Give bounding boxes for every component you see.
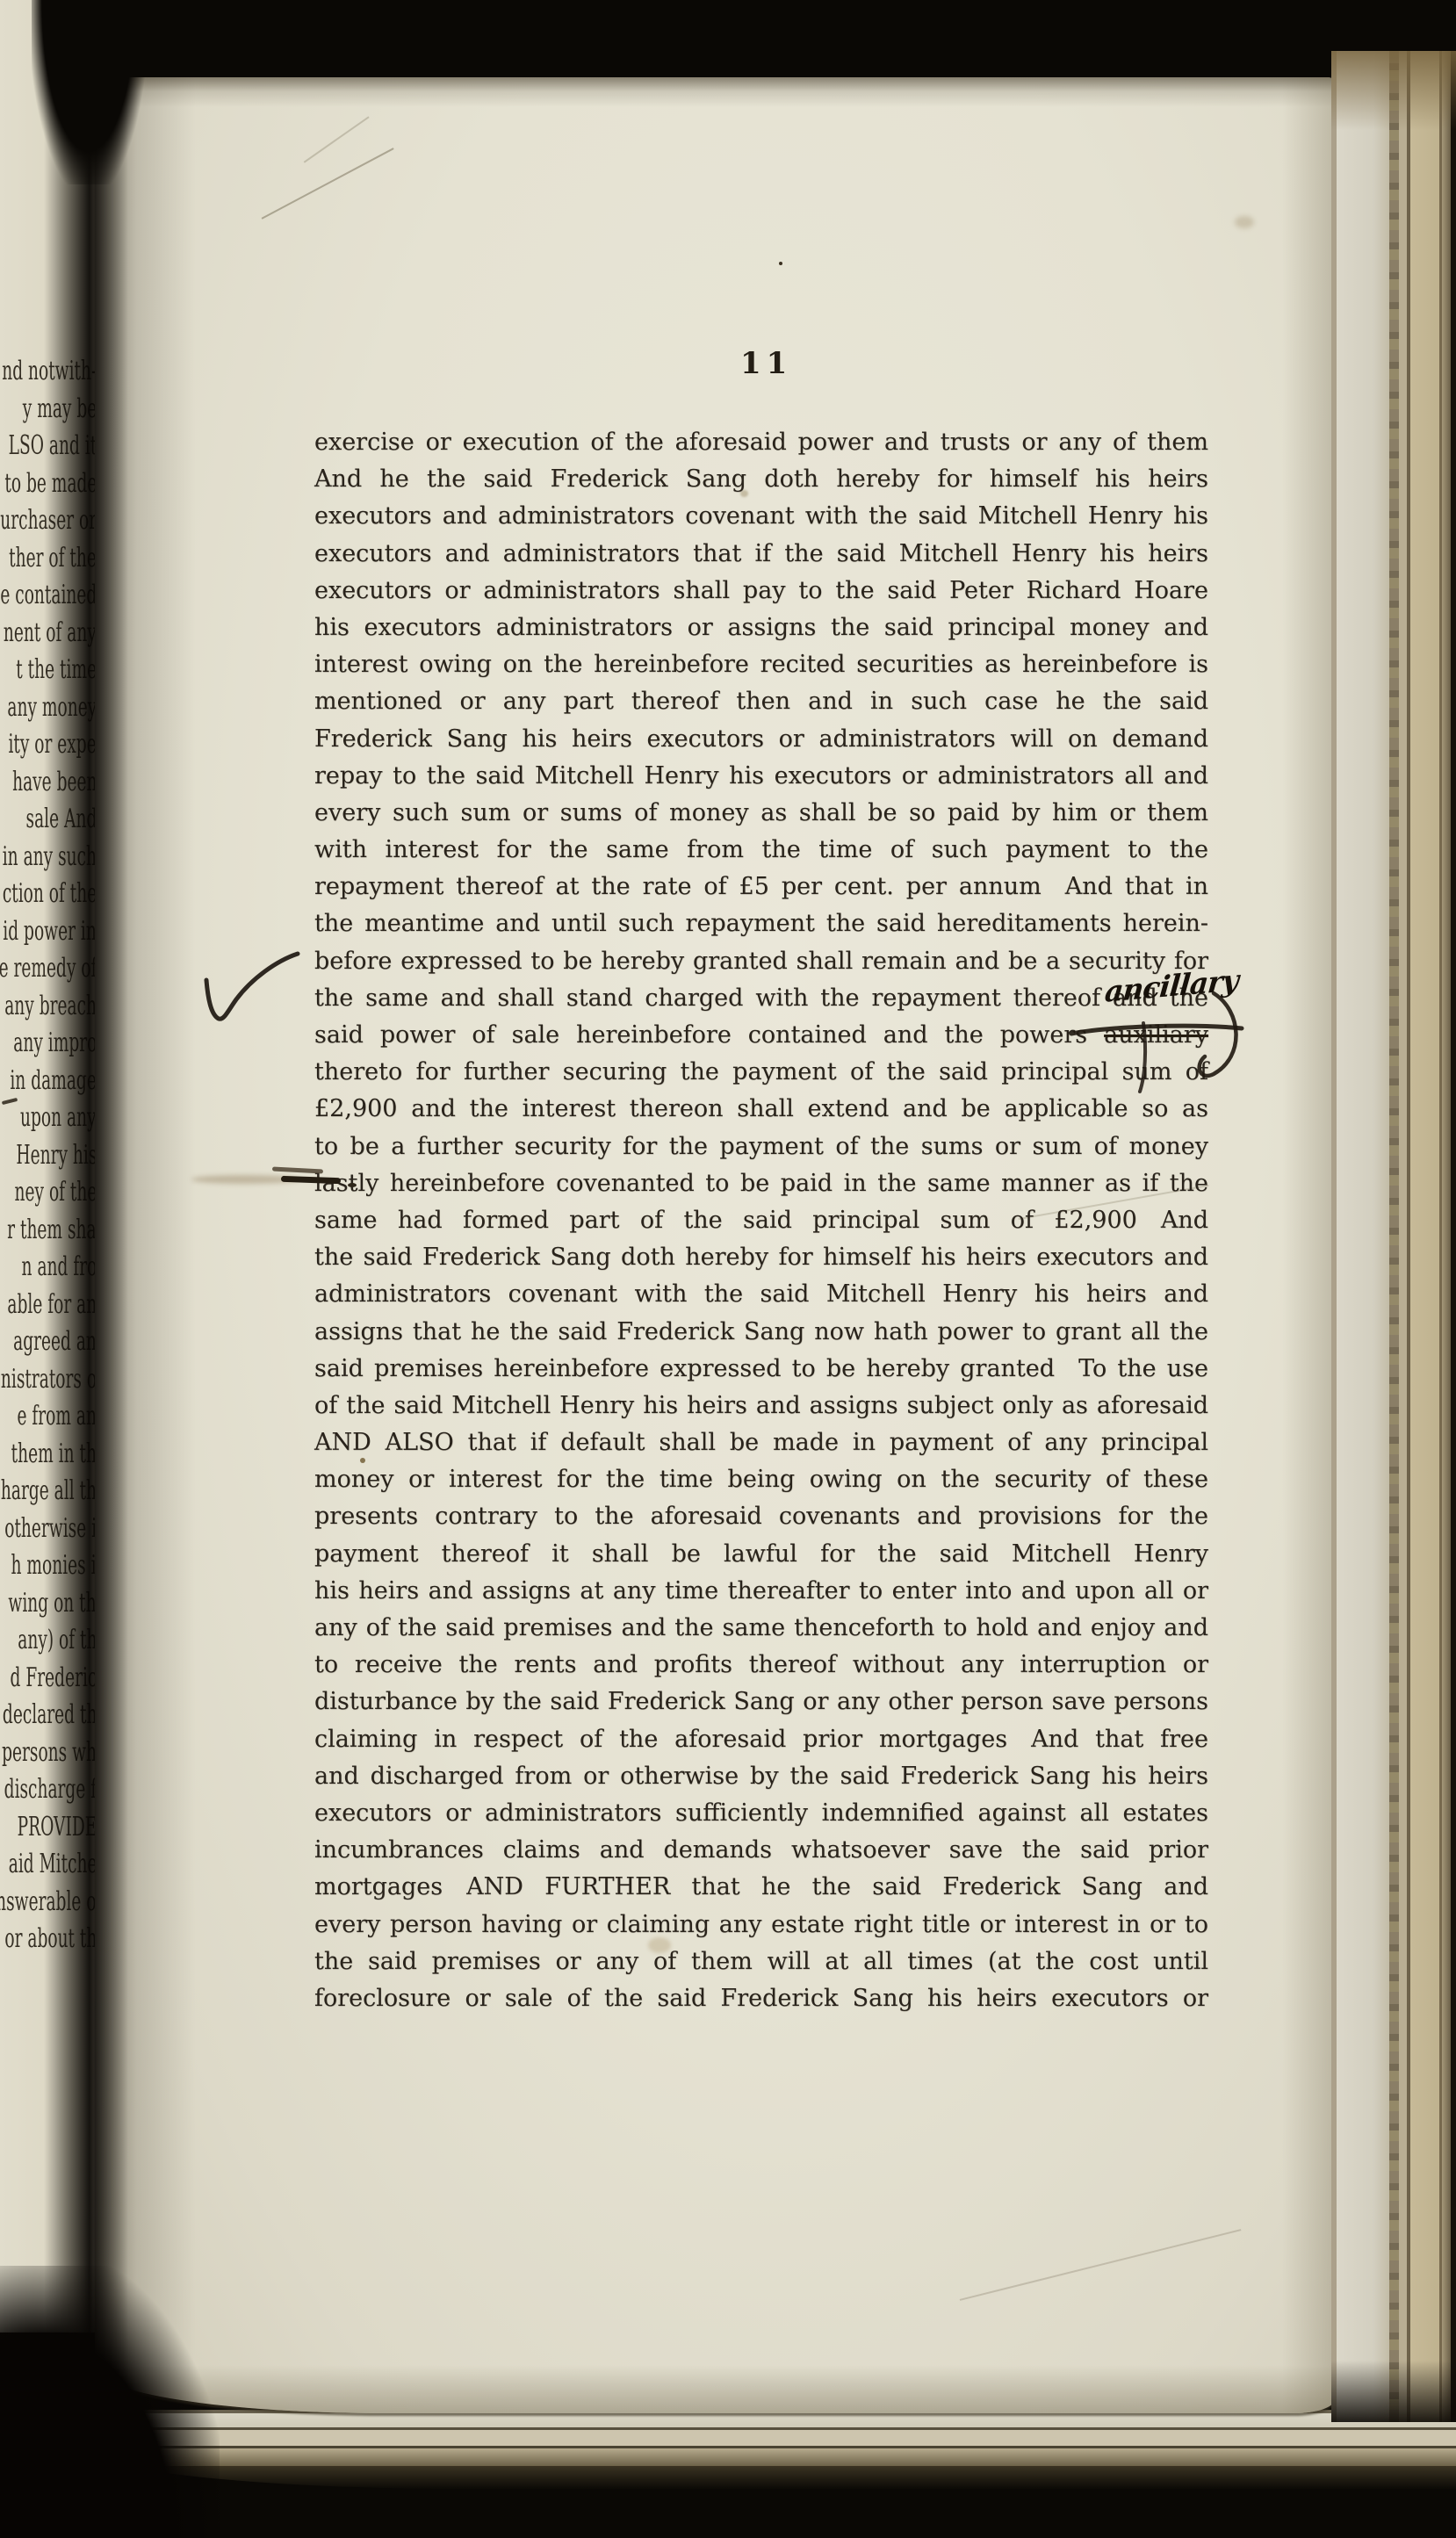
text-line: Frederick Sang his heirs executors or ad… — [314, 721, 1208, 758]
text-line: payment thereof it shall be lawful for t… — [314, 1536, 1208, 1573]
bottom-page-stack-edge — [84, 2410, 1456, 2489]
foxing-spot — [1235, 216, 1254, 228]
page-number: 11 — [740, 346, 792, 381]
previous-page-text-fragment: id power in — [3, 916, 97, 947]
previous-page-text-fragment: e remedy of — [0, 953, 97, 984]
pen-stroke-flourish — [1066, 988, 1251, 1104]
text-line: incumbrances claims and demands whatsoev… — [314, 1832, 1208, 1869]
text-line: administrators covenant with the said Mi… — [314, 1276, 1208, 1313]
text-line: with interest for the same from the time… — [314, 832, 1208, 869]
previous-page-text-fragment: them in th — [11, 1438, 97, 1469]
previous-page-text-fragment: LSO and it — [8, 430, 97, 461]
previous-page-text-fragment: in any such — [3, 841, 97, 872]
text-line: repayment thereof at the rate of £5 per … — [314, 869, 1208, 905]
previous-page-text-fragment: ney of the — [14, 1177, 97, 1208]
text-line: any of the said premises and the same th… — [314, 1610, 1208, 1647]
previous-page-text-fragment: aid Mitche — [8, 1849, 97, 1879]
text-line: his executors administrators or assigns … — [314, 609, 1208, 646]
previous-page-text-fragment: any money — [7, 692, 97, 723]
text-line: every person having or claiming any esta… — [314, 1907, 1208, 1943]
previous-page-text-fragment: urchaser or — [0, 505, 97, 536]
smudge-dash — [281, 1176, 341, 1184]
smudge-dash — [272, 1166, 323, 1173]
text-line: the said Frederick Sang doth hereby for … — [314, 1239, 1208, 1276]
page-edge-band — [84, 2430, 1456, 2446]
text-line: presents contrary to the aforesaid coven… — [314, 1498, 1208, 1535]
previous-page-text-fragment: any impro — [13, 1027, 97, 1058]
text-line: And he the said Frederick Sang doth here… — [314, 461, 1208, 498]
previous-page-text-fragment: wing on th — [9, 1588, 97, 1619]
text-line: his heirs and assigns at any time therea… — [314, 1573, 1208, 1610]
previous-page-text-fragment: harge all th — [1, 1475, 97, 1506]
margin-ink-smudge — [191, 1168, 367, 1194]
text-line: exercise or execution of the aforesaid p… — [314, 424, 1208, 461]
previous-page-text-fragment: have been — [12, 767, 97, 797]
text-line: money or interest for the time being owi… — [314, 1461, 1208, 1498]
text-line: AND ALSO that if default shall be made i… — [314, 1424, 1208, 1461]
prev-page-tick-mark — [2, 1098, 18, 1105]
previous-page-text-fragment: persons wh — [2, 1737, 97, 1768]
text-line: the meantime and until such repayment th… — [314, 905, 1208, 942]
previous-page-text-fragment: PROVIDE — [17, 1812, 97, 1842]
previous-page-text-fragment: nistrators o — [1, 1364, 97, 1395]
text-line: mortgages AND FURTHER that he the said F… — [314, 1869, 1208, 1906]
text-line: assigns that he the said Frederick Sang … — [314, 1314, 1208, 1351]
scanned-book-photo: nd notwith-y may beLSO and itto be madeu… — [0, 0, 1456, 2538]
previous-page-text-fragment: able for an — [7, 1289, 97, 1320]
text-line: interest owing on the hereinbefore recit… — [314, 646, 1208, 683]
text-line: mentioned or any part thereof then and i… — [314, 683, 1208, 720]
margin-check-mark — [198, 950, 303, 1034]
previous-page-text-fragment: ther of the — [9, 543, 97, 573]
previous-page-text-fragment: sale And — [25, 804, 97, 834]
text-line: before expressed to be hereby granted sh… — [314, 943, 1208, 980]
previous-page-text-fragment: nd notwith- — [2, 356, 97, 386]
previous-page-text-fragment: any breach — [4, 991, 97, 1021]
previous-page-strip: nd notwith-y may beLSO and itto be madeu… — [0, 0, 98, 2333]
smudge-dot — [348, 1183, 357, 1187]
previous-page-text-fragment: upon any — [20, 1102, 97, 1133]
previous-page-text-fragment: e from an — [17, 1401, 97, 1431]
edge-shadow — [1451, 51, 1456, 2422]
page-stack-band — [1399, 51, 1407, 2422]
text-line: and discharged from or otherwise by the … — [314, 1758, 1208, 1795]
previous-page-text-fragment: d Frederic — [10, 1662, 97, 1693]
text-line: to receive the rents and profits thereof… — [314, 1647, 1208, 1684]
previous-page-text-fragment: in damage — [11, 1065, 97, 1096]
previous-page-text-fragment: any) of th — [18, 1625, 97, 1655]
text-line: to be a further security for the payment… — [314, 1128, 1208, 1165]
text-line: disturbance by the said Frederick Sang o… — [314, 1684, 1208, 1720]
text-line: executors or administrators sufficiently… — [314, 1795, 1208, 1832]
text-line: executors and administrators that if the… — [314, 536, 1208, 573]
page-curl-band — [1337, 51, 1389, 2422]
previous-page-text-fragment: r them sha — [8, 1215, 97, 1245]
previous-page-text-fragment: to be made — [4, 468, 97, 499]
text-line: executors and administrators covenant wi… — [314, 498, 1208, 535]
page-edge-band — [84, 2448, 1456, 2466]
previous-page-text-fragment: agreed an — [13, 1326, 97, 1357]
previous-page-text-fragment: h monies i — [11, 1550, 97, 1581]
previous-page-text-fragment: or about th — [4, 1923, 97, 1954]
previous-page-text-fragment: otherwise i — [4, 1513, 97, 1544]
page-stack-band — [1442, 51, 1451, 2422]
text-line: lastly hereinbefore covenanted to be pai… — [314, 1165, 1208, 1202]
main-page: 11 ancillary exercise or execution of th… — [95, 77, 1335, 2413]
previous-page-text-fragment: nent of any — [4, 617, 97, 648]
previous-page-text-fragment: t the time — [16, 654, 97, 685]
deckle-edge-line — [1389, 51, 1399, 2422]
text-line: foreclosure or sale of the said Frederic… — [314, 1980, 1208, 2017]
text-line: same had formed part of the said princip… — [314, 1202, 1208, 1239]
previous-page-text-fragment: nswerable o — [0, 1886, 97, 1917]
text-block: ancillary exercise or execution of the a… — [314, 424, 1208, 2017]
text-line: every such sum or sums of money as shall… — [314, 795, 1208, 832]
previous-page-text-fragment: ction of the — [3, 878, 97, 909]
crease-mark — [960, 2229, 1242, 2300]
scratch-mark — [304, 116, 370, 162]
page-edge-band — [84, 2413, 1456, 2427]
scratch-mark — [262, 148, 394, 219]
page-stack-band — [1410, 51, 1439, 2422]
text-line: claiming in respect of the aforesaid pri… — [314, 1721, 1208, 1758]
right-book-edge — [1331, 51, 1456, 2422]
previous-page-text-fragment: ity or expe — [9, 729, 97, 760]
text-line: of the said Mitchell Henry his heirs and… — [314, 1388, 1208, 1424]
previous-page-text-fragment: declared th — [2, 1699, 97, 1730]
previous-page-text-fragment: y may be — [23, 393, 97, 424]
text-line: the said premises or any of them will at… — [314, 1943, 1208, 1980]
text-line: said premises hereinbefore expressed to … — [314, 1351, 1208, 1388]
ink-speck — [779, 262, 782, 265]
text-line: repay to the said Mitchell Henry his exe… — [314, 758, 1208, 795]
text-segment: said power of sale hereinbefore containe… — [314, 1021, 1104, 1049]
page-edge-shadow — [84, 2466, 1456, 2489]
previous-page-text-fragment: n and fro — [21, 1251, 97, 1282]
previous-page-text-fragment: Henry his — [16, 1140, 97, 1171]
previous-page-text-fragment: e contained — [0, 580, 97, 610]
text-line: executors or administrators shall pay to… — [314, 573, 1208, 609]
previous-page-text-fragment: discharge f — [4, 1774, 97, 1805]
